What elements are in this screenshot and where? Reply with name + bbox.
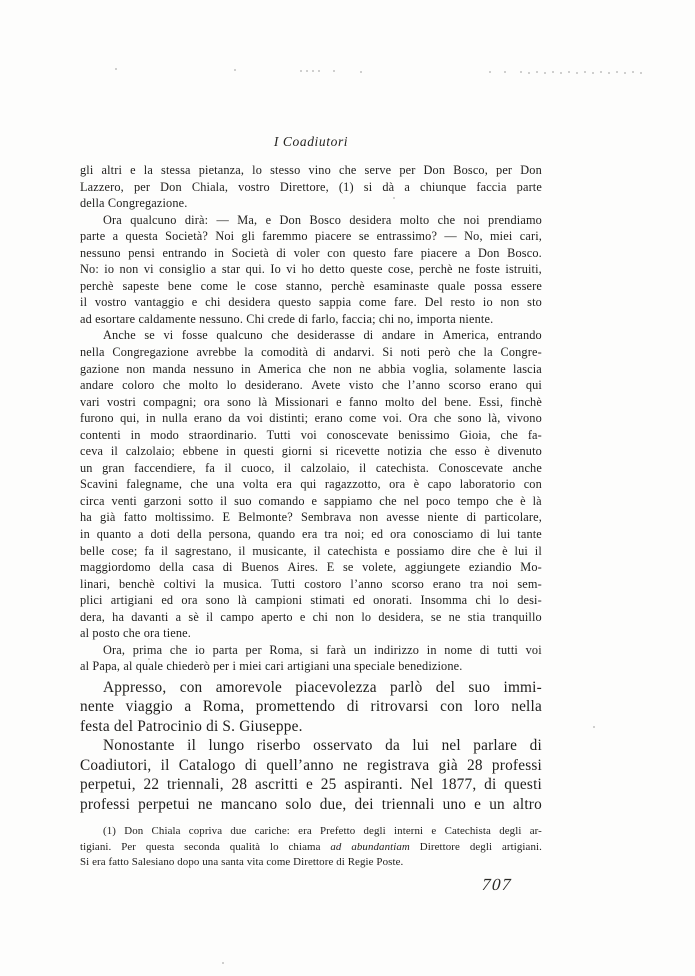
- paragraph: Appresso,conamorevolepiacevolezzaparlòde…: [80, 678, 542, 737]
- scan-speck: [600, 71, 602, 73]
- scan-speck: [312, 70, 314, 72]
- scan-speck: [115, 68, 117, 70]
- scan-speck: [552, 71, 554, 73]
- text-line: furonoqui,innullaeranodavoidistinti;eran…: [80, 410, 542, 427]
- scan-speck: [584, 71, 586, 73]
- text-line: Anchesevifossequalcunochedesiderassedian…: [80, 327, 542, 344]
- text-line: Ora,primacheiopartaperRoma,sifaràunindir…: [80, 642, 542, 659]
- text-line: inquantoadotidellapersona,quandoeratrano…: [80, 526, 542, 543]
- scan-speck: [393, 197, 395, 199]
- scan-speck: [300, 70, 302, 72]
- body-text: glialtrielastessapietanza,lostessovinoch…: [80, 162, 542, 871]
- text-line: bellecose;failsagrestano,ilmusicante,ilc…: [80, 543, 542, 560]
- text-line: tigiani.Perquestasecondaqualitàlochiamaa…: [80, 840, 542, 855]
- text-line: glialtrielastessapietanza,lostessovinoch…: [80, 162, 542, 179]
- text-line: perchèsapestebenecomelecosestanno,perchè…: [80, 278, 542, 295]
- paragraph: Nonostanteillungoriserboosservatodaluine…: [80, 736, 542, 814]
- text-line: varivostricompagni;orasonolàMissionarief…: [80, 394, 542, 411]
- text-line: nellaCongregazioneavrebbelacomoditàdiand…: [80, 344, 542, 361]
- text-line: Oraqualcunodirà:—Ma,eDonBoscodesideramol…: [80, 212, 542, 229]
- scan-speck: [536, 71, 538, 73]
- footnote: (1)DonChialacoprivaduecariche:eraPrefett…: [80, 824, 542, 870]
- text-line: al Papa, al quale chiederò per i miei ca…: [80, 658, 542, 675]
- text-line: circaventigarzonisottoilsuocomandoesappi…: [80, 493, 542, 510]
- text-line: al posto che ora tiene.: [80, 625, 542, 642]
- text-line: professiperpetuinemancanosolodue,deitrie…: [80, 795, 542, 815]
- scan-speck: [592, 72, 594, 74]
- text-line: linari,benchècoltivilamusica.Tutticostor…: [80, 576, 542, 593]
- scan-speck: [333, 70, 335, 72]
- page-number: 707: [481, 875, 532, 895]
- scan-speck: [306, 70, 308, 72]
- book-page: I Coadiutori glialtrielastessapietanza,l…: [0, 0, 695, 976]
- paragraphs-container: glialtrielastessapietanza,lostessovinoch…: [80, 162, 542, 814]
- scan-speck: [632, 71, 634, 73]
- scan-speck: [148, 658, 150, 660]
- text-line: Lazzero,perDonChiala,vostroDirettore,(1)…: [80, 179, 542, 196]
- scan-speck: [360, 71, 362, 73]
- text-line: ilvostrovantaggioechidesideraquestosappi…: [80, 294, 542, 311]
- text-line: Coadiutori,ilCatalogodiquell’annoneregis…: [80, 756, 542, 776]
- paragraph: Oraqualcunodirà:—Ma,eDonBoscodesideramol…: [80, 212, 542, 328]
- text-line: maggiordomodellacasadiBuenosAires.Esevol…: [80, 559, 542, 576]
- text-line: dera,hadavantiasèilcampoapertoechinonlod…: [80, 609, 542, 626]
- paragraph: Anchesevifossequalcunochedesiderassedian…: [80, 327, 542, 641]
- text-line: ungranfaccendiere,failcuoco,ilcalzolaio,…: [80, 460, 542, 477]
- scan-speck: [544, 72, 546, 74]
- text-line: ad esortare caldamente nessuno. Chi cred…: [80, 311, 542, 328]
- scan-speck: [489, 71, 491, 73]
- text-line: (1)DonChialacoprivaduecariche:eraPrefett…: [80, 824, 542, 839]
- text-line: cevailcalzolaio;ebbeneinquestigiornisiri…: [80, 443, 542, 460]
- scan-speck: [624, 72, 626, 74]
- text-line: festa del Patrocinio di S. Giuseppe.: [80, 717, 542, 737]
- text-line: hagiàfattomoltissimo.EBelmonte?Sembravan…: [80, 509, 542, 526]
- text-line: nenteviaggioaRoma,promettendodiritrovars…: [80, 697, 542, 717]
- scan-speck: [520, 71, 522, 73]
- scan-speck: [640, 72, 642, 74]
- text-line: No:iononviconsiglioastarqui.Iovihodettoq…: [80, 261, 542, 278]
- scan-speck: [318, 70, 320, 72]
- text-line: della Congregazione.: [80, 195, 542, 212]
- scan-speck: [234, 69, 236, 71]
- scan-speck: [593, 726, 595, 728]
- scan-speck: [222, 962, 224, 964]
- scan-speck: [560, 72, 562, 74]
- scan-speck: [608, 72, 610, 74]
- text-line: nessunopensientrandoinSocietàdivolerconq…: [80, 245, 542, 262]
- scan-speck: [568, 71, 570, 73]
- text-line: Scavinifalegname,cheunavoltaeraquiragazz…: [80, 476, 542, 493]
- text-line: parteaquestaSocietà?Noiglifaremmopiacere…: [80, 228, 542, 245]
- scan-speck: [576, 72, 578, 74]
- text-line: gazionenonmandanessunoinAmericachenonnea…: [80, 361, 542, 378]
- text-line: Appresso,conamorevolepiacevolezzaparlòde…: [80, 678, 542, 698]
- text-line: Si era fatto Salesiano dopo una santa vi…: [80, 855, 542, 870]
- text-line: pliciartigianiedorasonolàcampionistimati…: [80, 592, 542, 609]
- text-line: Nonostanteillungoriserboosservatodaluine…: [80, 736, 542, 756]
- paragraph: (1)DonChialacoprivaduecariche:eraPrefett…: [80, 824, 542, 870]
- scan-speck: [616, 71, 618, 73]
- scan-speck: [504, 71, 506, 73]
- text-line: andarecolorochemoltolodesiderano.Avetevi…: [80, 377, 542, 394]
- paragraph: glialtrielastessapietanza,lostessovinoch…: [80, 162, 542, 212]
- running-header: I Coadiutori: [80, 134, 542, 150]
- text-line: perpetui,22triennali,28ascrittie25aspira…: [80, 775, 542, 795]
- text-line: contentiinmodostraordinario.Tuttivoicono…: [80, 427, 542, 444]
- scan-speck: [528, 72, 530, 74]
